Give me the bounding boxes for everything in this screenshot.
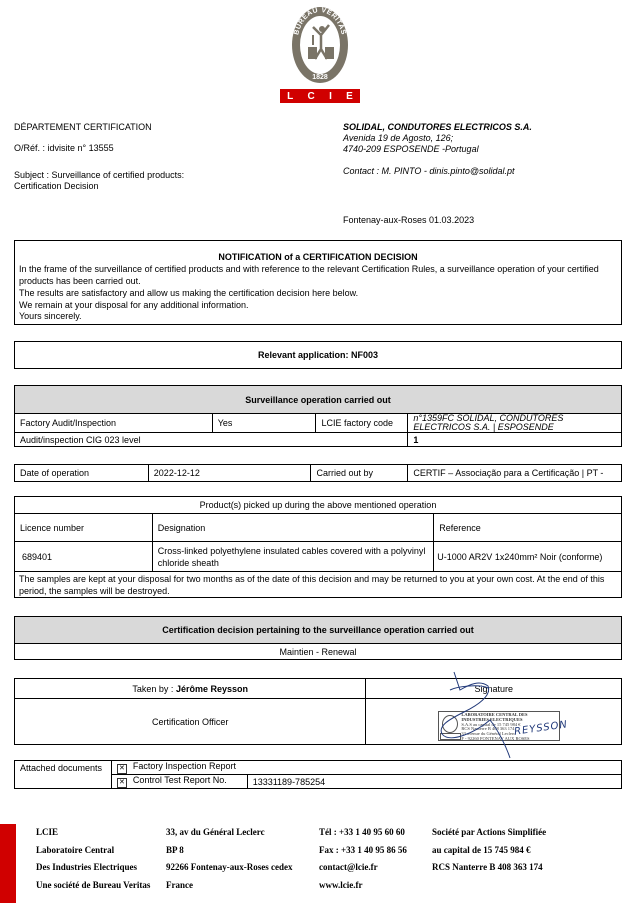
checkbox-checked-icon[interactable]: ✕ [117, 764, 127, 774]
notification-paragraph: The results are satisfactory and allow u… [19, 287, 617, 299]
taken-by-name: Jérôme Reysson [176, 684, 248, 694]
column-header: Reference [434, 514, 622, 542]
attachment-label: Control Test Report No. [133, 775, 227, 785]
footer-line: BP 8 [166, 842, 293, 860]
recipient-company: SOLIDAL, CONDUTORES ELECTRICOS S.A. [343, 122, 532, 133]
column-header: Licence number [15, 514, 153, 542]
footer-fax: Fax : +33 1 40 95 86 56 [319, 842, 407, 860]
samples-note: The samples are kept at your disposal fo… [15, 572, 622, 598]
notification-title: NOTIFICATION of a CERTIFICATION DECISION [19, 251, 617, 263]
place-date: Fontenay-aux-Roses 01.03.2023 [343, 215, 474, 226]
footer-line: Laboratoire Central [36, 842, 150, 860]
cig-level-label: Audit/inspection CIG 023 level [15, 433, 408, 447]
surveillance-table: Surveillance operation carried out Facto… [14, 385, 622, 447]
subject-line-2: Certification Decision [14, 181, 184, 192]
control-test-report-number: 13331189-785254 [247, 775, 621, 789]
svg-text:1828: 1828 [312, 74, 328, 81]
footer-line: RCS Nanterre B 408 363 174 [432, 859, 546, 877]
licence-number: 689401 [15, 542, 153, 572]
footer-line: au capital de 15 745 984 € [432, 842, 546, 860]
table-row: 689401 Cross-linked polyethylene insulat… [15, 542, 622, 572]
recipient-address-line-1: Avenida 19 de Agosto, 126; [343, 133, 532, 144]
footer-legal: Société par Actions Simplifiée au capita… [432, 824, 546, 877]
relevant-application: Relevant application: NF003 [14, 341, 622, 369]
notification-paragraph: Yours sincerely. [19, 311, 617, 322]
factory-audit-label: Factory Audit/Inspection [15, 414, 213, 433]
footer-company: LCIE Laboratoire Central Des Industries … [36, 824, 150, 894]
reference-number: O/Réf. : idvisite n° 13555 [14, 143, 114, 154]
carried-out-by-value: CERTIF – Associação para a Certificação … [408, 465, 622, 482]
footer-line: Société par Actions Simplifiée [432, 824, 546, 842]
carried-out-by-label: Carried out by [311, 465, 408, 482]
banner-letter: E [346, 91, 353, 102]
footer-red-bar [0, 824, 16, 903]
bureau-veritas-lcie-logo: BUREAU VERITAS 1828 L C I E [277, 5, 363, 105]
products-header-row: Licence number Designation Reference [15, 514, 622, 542]
attachment-item: ✕Control Test Report No. [111, 775, 247, 789]
date-of-operation-value: 2022-12-12 [148, 465, 311, 482]
lcie-banner: L C I E [280, 89, 360, 103]
factory-audit-value: Yes [212, 414, 316, 433]
checkbox-checked-icon[interactable]: ✕ [117, 778, 127, 788]
notification-paragraph: In the frame of the surveillance of cert… [19, 263, 617, 287]
footer-contact: Tél : +33 1 40 95 60 60 Fax : +33 1 40 9… [319, 824, 407, 894]
banner-letter: C [308, 91, 315, 102]
designation: Cross-linked polyethylene insulated cabl… [152, 542, 434, 572]
cig-level-value: 1 [408, 433, 622, 447]
subject: Subject : Surveillance of certified prod… [14, 170, 184, 192]
taken-by: Taken by : Jérôme Reysson [15, 679, 366, 699]
notification-box: NOTIFICATION of a CERTIFICATION DECISION… [14, 240, 622, 325]
attachment-item: ✕Factory Inspection Report [111, 761, 621, 775]
banner-letter: I [329, 91, 332, 102]
recipient-address-line-2: 4740-209 ESPOSENDE -Portugal [343, 144, 532, 155]
column-header: Designation [152, 514, 434, 542]
subject-line-1: Subject : Surveillance of certified prod… [14, 170, 184, 181]
factory-code-label: LCIE factory code [316, 414, 408, 433]
decision-table: Certification decision pertaining to the… [14, 616, 622, 660]
recipient-address: SOLIDAL, CONDUTORES ELECTRICOS S.A. Aven… [343, 122, 532, 155]
operation-table: Date of operation 2022-12-12 Carried out… [14, 464, 622, 482]
footer-email-link[interactable]: contact@lcie.fr [319, 859, 407, 877]
footer-line: Une société de Bureau Veritas [36, 877, 150, 895]
officer-role: Certification Officer [15, 699, 366, 745]
factory-code-value: n°1359FC SOLIDAL, CONDUTORES ELECTRICOS … [408, 414, 622, 433]
taken-by-label: Taken by : [132, 684, 176, 694]
footer-address: 33, av du Général Leclerc BP 8 92266 Fon… [166, 824, 293, 894]
footer-line: 92266 Fontenay-aux-Roses cedex [166, 859, 293, 877]
footer-line: 33, av du Général Leclerc [166, 824, 293, 842]
signature-scribble-icon [380, 670, 580, 760]
footer-website-link[interactable]: www.lcie.fr [319, 877, 407, 895]
surveillance-title: Surveillance operation carried out [15, 386, 622, 414]
attachments-table: Attached documents ✕Factory Inspection R… [14, 760, 622, 789]
footer-line: Des Industries Electriques [36, 859, 150, 877]
attachment-label: Factory Inspection Report [133, 761, 236, 771]
reference: U-1000 AR2V 1x240mm² Noir (conforme) [434, 542, 622, 572]
footer-line: France [166, 877, 293, 895]
decision-title: Certification decision pertaining to the… [15, 617, 622, 644]
products-table: Product(s) picked up during the above me… [14, 496, 622, 598]
recipient-contact: Contact : M. PINTO - dinis.pinto@solidal… [343, 166, 515, 177]
notification-paragraph: We remain at your disposal for any addit… [19, 299, 617, 311]
date-of-operation-label: Date of operation [15, 465, 149, 482]
decision-value: Maintien - Renewal [15, 644, 622, 660]
banner-letter: L [287, 91, 293, 102]
attachments-label: Attached documents [15, 761, 112, 789]
footer-phone: Tél : +33 1 40 95 60 60 [319, 824, 407, 842]
footer-line: LCIE [36, 824, 150, 842]
products-title: Product(s) picked up during the above me… [15, 497, 622, 514]
department-name: DÉPARTEMENT CERTIFICATION [14, 122, 152, 133]
